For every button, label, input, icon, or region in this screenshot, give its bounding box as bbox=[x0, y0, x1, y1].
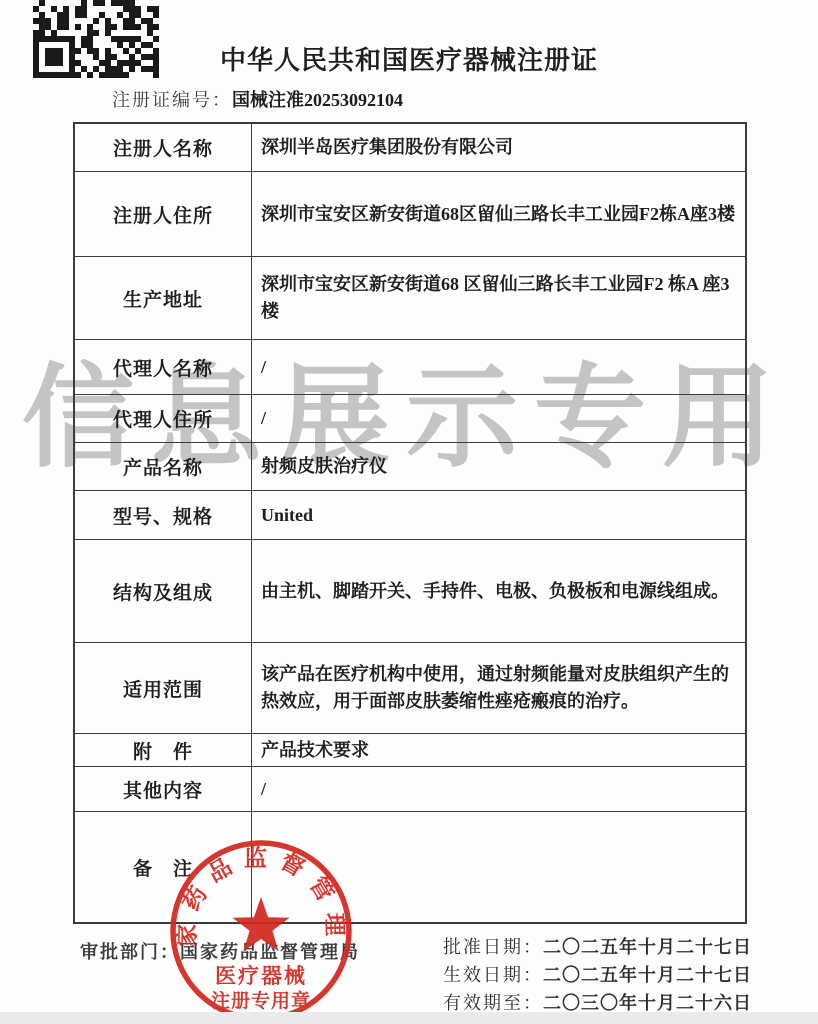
certificate-table: 注册人名称 深圳半岛医疗集团股份有限公司 注册人住所 深圳市宝安区新安街道68区… bbox=[73, 122, 747, 924]
scan-edge bbox=[0, 1012, 818, 1024]
row-value: 射频皮肤治疗仪 bbox=[252, 443, 745, 490]
table-row: 注册人住所 深圳市宝安区新安街道68区留仙三路长丰工业园F2栋A座3楼 bbox=[75, 172, 745, 257]
row-label: 注册人住所 bbox=[75, 172, 252, 256]
row-value: / bbox=[252, 395, 745, 442]
certificate-page: 中华人民共和国医疗器械注册证 注册证编号：国械注准20253092104 信息展… bbox=[0, 0, 818, 1024]
registration-number-label: 注册证编号： bbox=[112, 90, 232, 110]
row-label: 注册人名称 bbox=[75, 124, 252, 171]
expiry-date-label: 有效期至： bbox=[443, 993, 543, 1013]
row-value: 深圳半岛医疗集团股份有限公司 bbox=[252, 124, 745, 171]
approval-date-label: 批准日期： bbox=[443, 937, 543, 957]
row-value: 深圳市宝安区新安街道68 区留仙三路长丰工业园F2 栋A 座3 楼 bbox=[252, 257, 745, 339]
row-label: 代理人住所 bbox=[75, 395, 252, 442]
table-row: 适用范围 该产品在医疗机构中使用，通过射频能量对皮肤组织产生的热效应，用于面部皮… bbox=[75, 643, 745, 734]
row-value: 产品技术要求 bbox=[252, 734, 745, 766]
row-value: / bbox=[252, 340, 745, 394]
row-value: 深圳市宝安区新安街道68区留仙三路长丰工业园F2栋A座3楼 bbox=[252, 172, 745, 256]
row-label: 结构及组成 bbox=[75, 540, 252, 642]
effective-date-line: 生效日期：二〇二五年十月二十七日 bbox=[443, 961, 752, 989]
expiry-date-value: 二〇三〇年十月二十六日 bbox=[543, 993, 752, 1013]
table-row: 型号、规格 United bbox=[75, 491, 745, 540]
table-row: 产品名称 射频皮肤治疗仪 bbox=[75, 443, 745, 491]
table-row: 代理人住所 / bbox=[75, 395, 745, 443]
table-row: 代理人名称 / bbox=[75, 340, 745, 395]
effective-date-label: 生效日期： bbox=[443, 965, 543, 985]
row-value: 该产品在医疗机构中使用，通过射频能量对皮肤组织产生的热效应，用于面部皮肤萎缩性痤… bbox=[252, 643, 745, 733]
row-label: 适用范围 bbox=[75, 643, 252, 733]
row-value: / bbox=[252, 767, 745, 811]
registration-number-line: 注册证编号：国械注准20253092104 bbox=[112, 86, 403, 112]
seal-star-icon bbox=[233, 897, 290, 951]
row-label: 产品名称 bbox=[75, 443, 252, 490]
dates-block: 批准日期：二〇二五年十月二十七日 生效日期：二〇二五年十月二十七日 有效期至：二… bbox=[443, 933, 752, 1017]
official-seal: 国家药品监督管理局 医疗器械 注册专用章 bbox=[163, 833, 359, 1024]
seal-line2: 注册专用章 bbox=[211, 989, 311, 1012]
row-label: 生产地址 bbox=[75, 257, 252, 339]
approval-date-value: 二〇二五年十月二十七日 bbox=[543, 937, 752, 957]
table-row: 结构及组成 由主机、脚踏开关、手持件、电极、负极板和电源线组成。 bbox=[75, 540, 745, 643]
table-row: 其他内容 / bbox=[75, 767, 745, 812]
table-row: 生产地址 深圳市宝安区新安街道68 区留仙三路长丰工业园F2 栋A 座3 楼 bbox=[75, 257, 745, 340]
table-row: 注册人名称 深圳半岛医疗集团股份有限公司 bbox=[75, 124, 745, 172]
seal-line1: 医疗器械 bbox=[215, 964, 307, 988]
row-label: 其他内容 bbox=[75, 767, 252, 811]
table-row: 附 件 产品技术要求 bbox=[75, 734, 745, 767]
row-value: 由主机、脚踏开关、手持件、电极、负极板和电源线组成。 bbox=[252, 540, 745, 642]
effective-date-value: 二〇二五年十月二十七日 bbox=[543, 965, 752, 985]
registration-number-value: 国械注准20253092104 bbox=[232, 90, 403, 110]
row-label: 附 件 bbox=[75, 734, 252, 766]
page-title: 中华人民共和国医疗器械注册证 bbox=[0, 40, 818, 77]
approval-date-line: 批准日期：二〇二五年十月二十七日 bbox=[443, 933, 752, 961]
row-label: 型号、规格 bbox=[75, 491, 252, 539]
row-value: United bbox=[252, 491, 745, 539]
row-label: 代理人名称 bbox=[75, 340, 252, 394]
